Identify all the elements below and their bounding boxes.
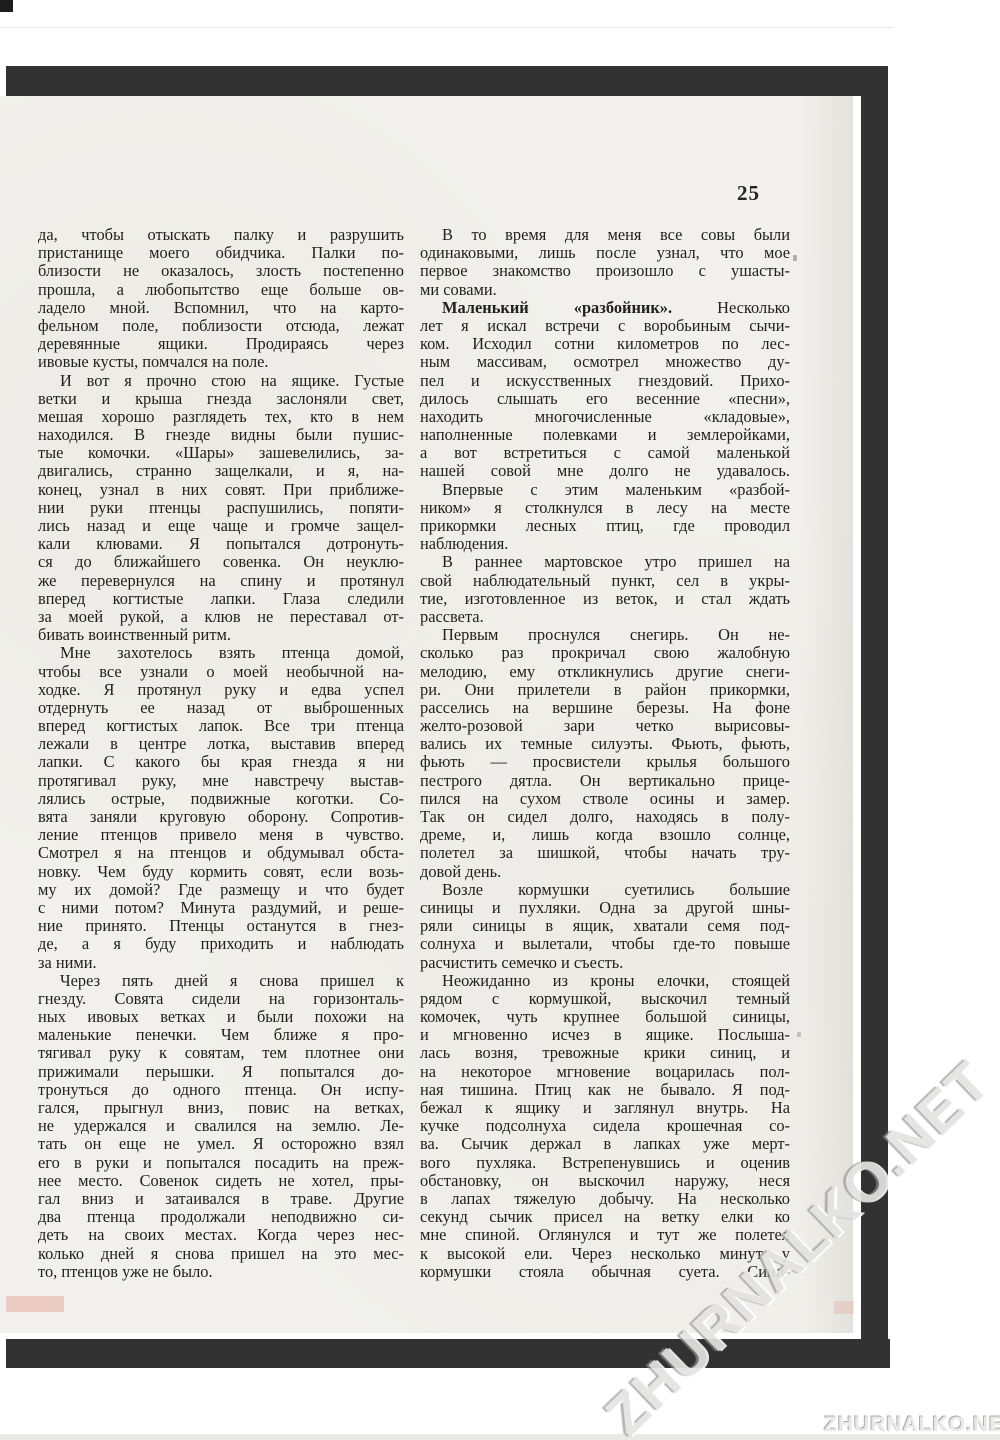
text-line: в лапах тяжелую добычу. На несколько (420, 1190, 790, 1208)
text-line: ная тишина. Птиц как не бывало. Я под- (420, 1081, 790, 1099)
text-line: гался, прыгнул вниз, повис на ветках, (38, 1099, 404, 1117)
text-line: Смотрел я на птенцов и обдумывал обста- (38, 844, 404, 862)
text-line: вались их темные силуэты. Фьють, фьють, (420, 735, 790, 753)
text-line: рядом с кормушкой, выскочил темный (420, 990, 790, 1008)
text-line: вого пухляка. Встрепенувшись и оценив (420, 1154, 790, 1172)
text-line: рассвета. (420, 608, 790, 626)
text-line: первое знакомство произошло с ушасты- (420, 262, 790, 280)
text-line: ходке. Я протянул руку и едва успел (38, 681, 404, 699)
text-line: солнуха и вылетали, чтобы где-то повыше (420, 935, 790, 953)
paragraph: Возле кормушки суетились большиесиницы и… (420, 881, 790, 972)
text-line: Через пять дней я снова пришел к (38, 972, 404, 990)
text-line: за моей рукой, а клюв не переставал от- (38, 608, 404, 626)
text-line: тать он еще не умел. Я осторожно взял (38, 1135, 404, 1153)
text-line: расчистить семечко и съесть. (420, 954, 790, 972)
text-column-left: да, чтобы отыскать палку и разрушитьприс… (38, 226, 404, 1281)
text-line: с ними потом? Минута раздумий, и реше- (38, 899, 404, 917)
text-line: тые комочки. «Шары» зашевелились, за- (38, 444, 404, 462)
text-line: Впервые с этим маленьким «разбой- (420, 481, 790, 499)
text-line: ивовые кусты, помчался на поле. (38, 353, 404, 371)
text-line: на некоторое мгновение воцарилась пол- (420, 1063, 790, 1081)
text-line: фьють — просвистели крылья большого (420, 753, 790, 771)
text-line: мешая хорошо разглядеть тех, кто в нем (38, 408, 404, 426)
text-line: Так он сидел долго, находясь в полу- (420, 808, 790, 826)
text-line: два птенца продолжали неподвижно си- (38, 1208, 404, 1226)
text-line: ся до ближайшего совенка. Он неуклю- (38, 553, 404, 571)
text-line: ником» я столкнулся в лесу на месте (420, 499, 790, 517)
text-line: не удержался и свалился на землю. Ле- (38, 1117, 404, 1135)
text-line: отдернуть ее назад от выброшенных (38, 699, 404, 717)
text-line: близости не оказалось, злость постепенно (38, 262, 404, 280)
text-line: сколько раз прокричал свою жалобную (420, 644, 790, 662)
text-line: желто-розовой зари четко вырисовы- (420, 717, 790, 735)
text-line: Первым проснулся снегирь. Он не- (420, 626, 790, 644)
scan-speck (793, 255, 797, 261)
text-line: кали клювами. Я попытался дотронуть- (38, 535, 404, 553)
scan-speck (797, 1032, 801, 1037)
text-line: полетел за шишкой, чтобы начать тру- (420, 844, 790, 862)
text-line: колько дней я снова пришел на это мес- (38, 1245, 404, 1263)
text-line: чтобы все узнали о моей необычной на- (38, 663, 404, 681)
text-line: Неожиданно из кроны елочки, стоящей (420, 972, 790, 990)
text-line: гнезду. Совята сидели на горизонталь- (38, 990, 404, 1008)
text-line: вперед когтистых лапок. Все три птенца (38, 717, 404, 735)
text-line: то, птенцов уже не было. (38, 1263, 404, 1281)
text-line: лялись острые, подвижные коготки. Со- (38, 790, 404, 808)
text-line: конец, узнал в них совят. При приближе- (38, 481, 404, 499)
text-line: да, чтобы отыскать палку и разрушить (38, 226, 404, 244)
text-line: лась возня, тревожные крики синиц, и (420, 1044, 790, 1062)
text-line: находился. В гнезде видны были пушис- (38, 426, 404, 444)
text-line: прижимали перышки. Я попытался до- (38, 1063, 404, 1081)
paragraph: Первым проснулся снегирь. Он не-сколько … (420, 626, 790, 881)
text-line: деревянные ящики. Продираясь через (38, 335, 404, 353)
text-line: ление птенцов привело меня в чувство. (38, 826, 404, 844)
text-line: находить многочисленные «кладовые», (420, 408, 790, 426)
paragraph: В раннее мартовское утро пришел насвой н… (420, 553, 790, 626)
text-line: ва. Сычик держал в лапках уже мерт- (420, 1135, 790, 1153)
paragraph: Впервые с этим маленьким «разбой-ником» … (420, 481, 790, 554)
paragraph: В то время для меня все совы былиодинако… (420, 226, 790, 299)
text-line: ветки и крыша гнезда заслоняли свет, (38, 390, 404, 408)
text-line: пестрого дятла. Он вертикально прице- (420, 772, 790, 790)
text-line: маленькие пенечки. Чем ближе я про- (38, 1026, 404, 1044)
text-line: дреме, и, лишь когда взошло солнце, (420, 826, 790, 844)
text-line: нее место. Совенок сидеть не хотел, пры- (38, 1172, 404, 1190)
text-line: Маленький «разбойник». Несколько (420, 299, 790, 317)
text-line: мне спиной. Оглянулся и тут же полетел (420, 1226, 790, 1244)
bottom-watermark: ZHURNALKO.NET (824, 1413, 1000, 1437)
scan-frame-bottom (6, 1339, 890, 1368)
text-line: лет я искал встречи с воробьиным сычи- (420, 317, 790, 335)
paragraph: Мне захотелось взять птенца домой,чтобы … (38, 644, 404, 971)
text-line: тие, изготовленное из веток, и стал ждат… (420, 590, 790, 608)
text-line: лись назад и еще чаще и громче защел- (38, 517, 404, 535)
text-line: двигались, странно защелкали, и я, на- (38, 462, 404, 480)
stamp-artifact-right (834, 1301, 854, 1314)
text-line: за ними. (38, 954, 404, 972)
text-line: довой день. (420, 863, 790, 881)
text-line: ряли синицы в ящик, хватали семя под- (420, 917, 790, 935)
text-line: бивать воинственный ритм. (38, 626, 404, 644)
text-line: пел и искусственных гнездовий. Прихо- (420, 372, 790, 390)
text-line: наполненные полевками и землеройками, (420, 426, 790, 444)
text-line: ри. Они прилетели в район прикормки, (420, 681, 790, 699)
text-line: кучке подсолнуха сидела крошечная со- (420, 1117, 790, 1135)
text-line: лежали в центре лотка, выставив вперед (38, 735, 404, 753)
text-line: наблюдения. (420, 535, 790, 553)
paragraph-bold-lead: Маленький «разбойник». (442, 299, 672, 317)
text-line: нашей совой мне долго не удавалось. (420, 462, 790, 480)
paragraph: Через пять дней я снова пришел кгнезду. … (38, 972, 404, 1281)
text-line: тронуться до одного птенца. Он испу- (38, 1081, 404, 1099)
text-line: Возле кормушки суетились большие (420, 881, 790, 899)
scan-frame-top (6, 66, 888, 96)
text-line: расселись на вершине березы. На фоне (420, 699, 790, 717)
text-line: ным массивам, осмотрел множество ду- (420, 353, 790, 371)
text-line: секунд сычик присел на ветку елки ко (420, 1208, 790, 1226)
text-line: В раннее мартовское утро пришел на (420, 553, 790, 571)
text-column-right: В то время для меня все совы былиодинако… (420, 226, 790, 1281)
text-line: его в руки и попытался посадить на преж- (38, 1154, 404, 1172)
text-line: мелодию, ему откликнулись другие снеги- (420, 663, 790, 681)
text-line: вперед когтистые лапки. Глаза следили (38, 590, 404, 608)
text-line: свой наблюдательный пункт, сел в укры- (420, 572, 790, 590)
text-line: Мне захотелось взять птенца домой, (38, 644, 404, 662)
text-line: му их домой? Где размещу и что будет (38, 881, 404, 899)
text-line: обстановку, он выскочил наружу, неся (420, 1172, 790, 1190)
text-line: протягивал руку, мне навстречу выстав- (38, 772, 404, 790)
text-line: прошла, а любопытство еще больше ов- (38, 281, 404, 299)
text-line: бежал к ящику и заглянул внутрь. На (420, 1099, 790, 1117)
text-line: а вот встретиться с самой маленькой (420, 444, 790, 462)
text-line: ние принято. Птенцы останутся в гнез- (38, 917, 404, 935)
text-line: пился на сухом стволе осины и замер. (420, 790, 790, 808)
text-line: ных ивовых ветках и были похожи на (38, 1008, 404, 1026)
text-line: новку. Чем буду кормить совят, если возь… (38, 863, 404, 881)
paragraph: И вот я прочно стою на ящике. Густыеветк… (38, 372, 404, 645)
text-line: деть на своих местах. Когда через нес- (38, 1226, 404, 1244)
text-line: комочек, чуть крупнее большой синицы, (420, 1008, 790, 1026)
text-line: И вот я прочно стою на ящике. Густые (38, 372, 404, 390)
text-line: к высокой ели. Через несколько минут у (420, 1245, 790, 1263)
text-line: пристанище моего обидчика. Палки по- (38, 244, 404, 262)
text-line: ком. Исходил сотни километров по лес- (420, 335, 790, 353)
text-line: тягивал руку к совятам, тем плотнее они (38, 1044, 404, 1062)
text-line: и мгновенно исчез в ящике. Послыша- (420, 1026, 790, 1044)
paragraph: да, чтобы отыскать палку и разрушитьприс… (38, 226, 404, 372)
text-line: фельном поле, поблизости отсюда, лежат (38, 317, 404, 335)
text-line: дилось слышать его весенние «песни», (420, 390, 790, 408)
text-line: де, а я буду приходить и наблюдать (38, 935, 404, 953)
page-number: 25 (700, 181, 760, 206)
text-line: одинаковыми, лишь после узнал, что мое (420, 244, 790, 262)
text-line: ми совами. (420, 281, 790, 299)
text-line: гал вниз и затаивался в траве. Другие (38, 1190, 404, 1208)
text-line: нии руки птенцы распушились, попяти- (38, 499, 404, 517)
text-line: синицы и пухляки. Одна за другой шны- (420, 899, 790, 917)
text-line: прикормки лесных птиц, где проводил (420, 517, 790, 535)
scan-edge-line (0, 27, 893, 28)
text-line: ладело мной. Вспомнил, что на карто- (38, 299, 404, 317)
text-line: В то время для меня все совы были (420, 226, 790, 244)
text-line: лапки. С какого бы края гнезда я ни (38, 753, 404, 771)
scan-corner-artifact (0, 0, 13, 12)
text-line: же перевернулся на спину и протянул (38, 572, 404, 590)
paragraph: Неожиданно из кроны елочки, стоящейрядом… (420, 972, 790, 1281)
stamp-artifact-left (6, 1296, 64, 1312)
paragraph: Маленький «разбойник». Нескольколет я ис… (420, 299, 790, 481)
text-line: вята заняли круговую оборону. Сопротив- (38, 808, 404, 826)
